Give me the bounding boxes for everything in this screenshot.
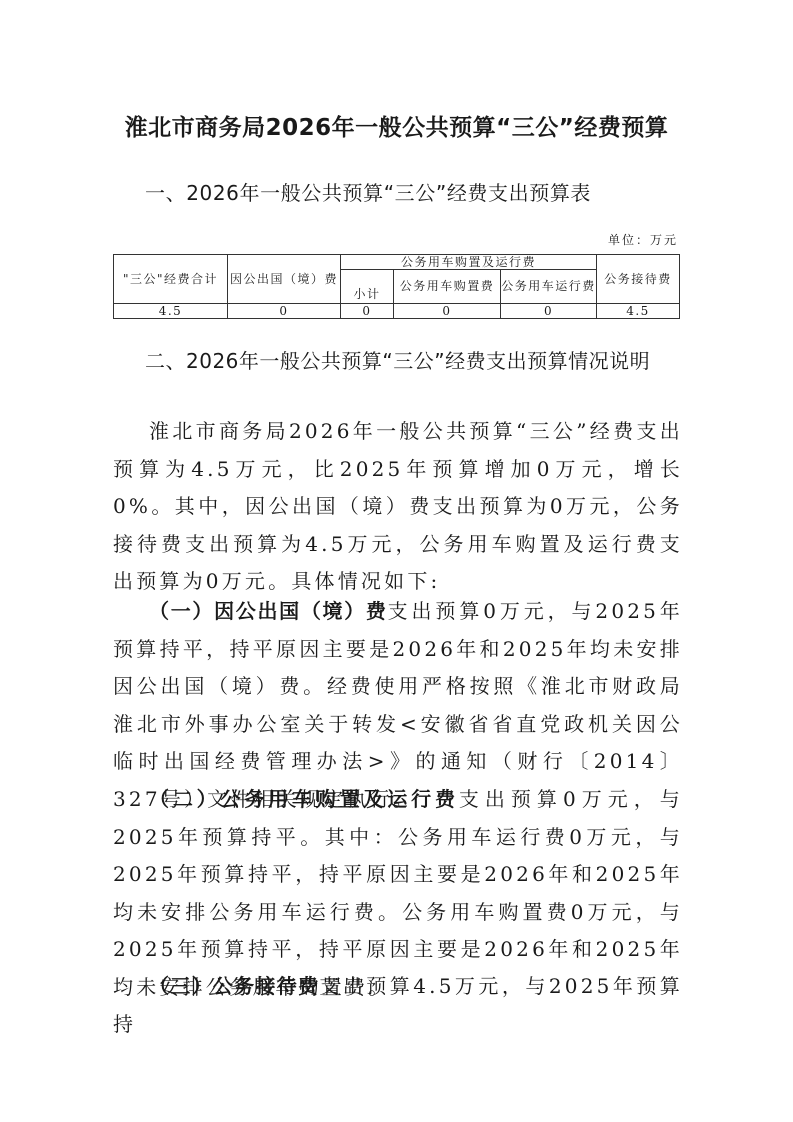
cell-total: 4.5 (114, 304, 228, 319)
table-header-row: "三公"经费合计 因公出国（境）费 公务用车购置及运行费 公务接待费 (114, 255, 680, 270)
header-overseas: 因公出国（境）费 (228, 255, 341, 304)
item-reception-paragraph: （三）公务接待费支出预算4.5万元，与2025年预算持 (113, 968, 683, 1043)
header-reception: 公务接待费 (597, 255, 680, 304)
item-vehicle-label: （二）公务用车购置及运行费 (149, 787, 459, 811)
header-vehicle-purchase: 公务用车购置费 (394, 270, 501, 304)
header-vehicle-group: 公务用车购置及运行费 (341, 255, 597, 270)
item-overseas-label: （一）因公出国（境）费 (149, 599, 388, 623)
cell-overseas: 0 (228, 304, 341, 319)
section1-heading: 一、2026年一般公共预算“三公”经费支出预算表 (145, 181, 591, 205)
header-total: "三公"经费合计 (114, 255, 228, 304)
budget-table: "三公"经费合计 因公出国（境）费 公务用车购置及运行费 公务接待费 小计 公务… (113, 254, 680, 319)
header-vehicle-operation: 公务用车运行费 (501, 270, 597, 304)
item-overseas-text: 支出预算0万元，与2025年预算持平，持平原因主要是2026年和2025年均未安… (113, 599, 683, 811)
cell-vehicle-operation: 0 (501, 304, 597, 319)
item-vehicle-text: 支出预算0万元，与2025年预算持平。其中：公务用车运行费0万元，与2025年预… (113, 787, 683, 999)
item-reception-label: （三）公务接待费 (149, 974, 319, 998)
header-vehicle-subtotal: 小计 (341, 270, 394, 304)
section2-heading: 二、2026年一般公共预算“三公”经费支出预算情况说明 (113, 341, 681, 381)
document-title: 淮北市商务局2026年一般公共预算“三公”经费预算 (0, 113, 793, 143)
cell-reception: 4.5 (597, 304, 680, 319)
cell-vehicle-subtotal: 0 (341, 304, 394, 319)
table-row: 4.5 0 0 0 0 4.5 (114, 304, 680, 319)
unit-label: 单位：万元 (608, 232, 678, 248)
summary-paragraph: 淮北市商务局2026年一般公共预算“三公”经费支出预算为4.5万元，比2025年… (113, 413, 683, 601)
cell-vehicle-purchase: 0 (394, 304, 501, 319)
